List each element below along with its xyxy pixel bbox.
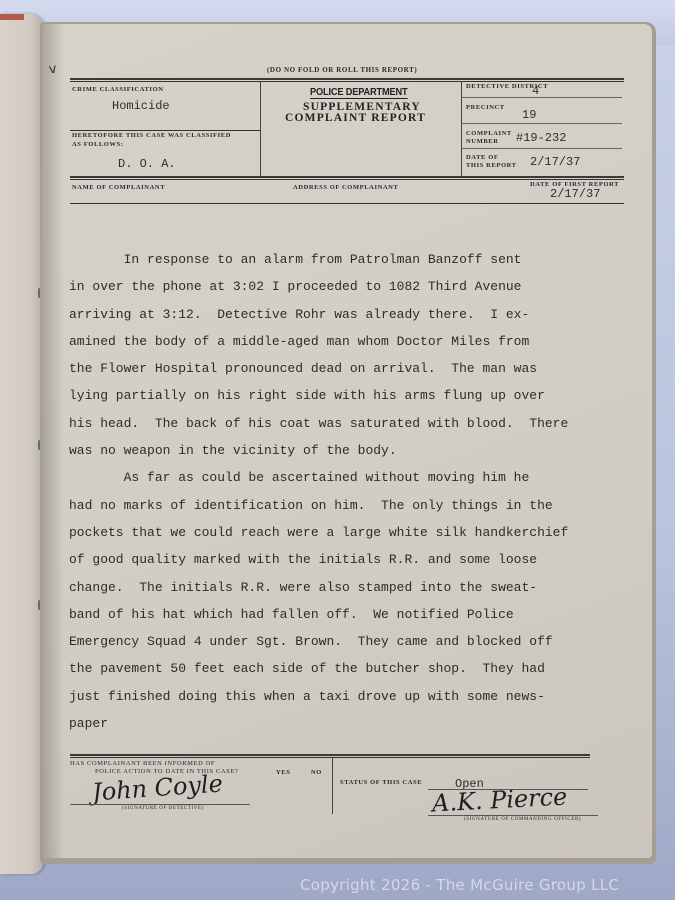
officer-signature-line bbox=[428, 815, 598, 816]
case-status-label: STATUS OF THIS CASE bbox=[340, 779, 422, 786]
header-mid-rule-2 bbox=[70, 179, 624, 180]
header-mid-rule bbox=[70, 176, 624, 178]
first-report-date-value: 2/17/37 bbox=[550, 187, 600, 201]
complainant-address-label: ADDRESS OF COMPLAINANT bbox=[293, 184, 398, 191]
narrative-line: just finished doing this when a taxi dro… bbox=[69, 683, 609, 710]
narrative-line: lying partially on his right side with h… bbox=[69, 382, 609, 409]
footer-top-rule bbox=[70, 754, 590, 756]
narrative-line: paper bbox=[69, 710, 609, 737]
detective-signature-line bbox=[70, 804, 250, 805]
narrative-line: his head. The back of his coat was satur… bbox=[69, 410, 609, 437]
narrative-line: the pavement 50 feet each side of the bu… bbox=[69, 655, 609, 682]
heretofore-label-2: AS FOLLOWS: bbox=[72, 141, 124, 148]
narrative-line: had no marks of identification on him. T… bbox=[69, 492, 609, 519]
date-of-report-label-1: DATE OF bbox=[466, 154, 498, 161]
header-top-rule bbox=[70, 78, 624, 80]
date-of-report-value: 2/17/37 bbox=[530, 155, 580, 169]
precinct-divider bbox=[462, 123, 622, 124]
crime-divider bbox=[70, 130, 260, 131]
officer-signature-label: (SIGNATURE OF COMMANDING OFFICER) bbox=[464, 817, 581, 822]
complaint-number-label-1: COMPLAINT bbox=[466, 130, 512, 137]
narrative-line: in over the phone at 3:02 I proceeded to… bbox=[69, 273, 609, 300]
narrative-line: In response to an alarm from Patrolman B… bbox=[69, 246, 609, 273]
detective-district-value: 4 bbox=[532, 84, 539, 98]
fold-notice: (DO NO FOLD OR ROLL THIS REPORT) bbox=[267, 66, 417, 74]
report-narrative: In response to an alarm from Patrolman B… bbox=[69, 246, 609, 737]
complaint-number-value: #19-232 bbox=[516, 131, 566, 145]
yes-option: YES bbox=[276, 769, 290, 776]
narrative-line: band of his hat which had fallen off. We… bbox=[69, 601, 609, 628]
left-page-edge bbox=[0, 14, 43, 874]
department-name: POLICE DEPARTMENT bbox=[310, 86, 407, 99]
narrative-line: amined the body of a middle-aged man who… bbox=[69, 328, 609, 355]
header-vdivider-1 bbox=[260, 82, 261, 177]
heretofore-value: D. O. A. bbox=[118, 157, 176, 171]
informed-question-1: HAS COMPLAINANT BEEN INFORMED OF bbox=[70, 760, 215, 767]
date-of-report-label-2: THIS REPORT bbox=[466, 162, 517, 169]
heretofore-label-1: HERETOFORE THIS CASE WAS CLASSIFIED bbox=[72, 132, 231, 139]
detective-signature-label: (SIGNATURE OF DETECTIVE) bbox=[122, 806, 204, 811]
narrative-line: Emergency Squad 4 under Sgt. Brown. They… bbox=[69, 628, 609, 655]
narrative-line: was no weapon in the vicinity of the bod… bbox=[69, 437, 609, 464]
complaint-divider bbox=[462, 148, 622, 149]
narrative-line: change. The initials R.R. were also stam… bbox=[69, 574, 609, 601]
narrative-line: pockets that we could reach were a large… bbox=[69, 519, 609, 546]
report-title-line-2: COMPLAINT REPORT bbox=[285, 112, 426, 124]
gutter-shadow bbox=[42, 24, 64, 858]
narrative-line: the Flower Hospital pronounced dead on a… bbox=[69, 355, 609, 382]
complainant-name-label: NAME OF COMPLAINANT bbox=[72, 184, 165, 191]
no-option: NO bbox=[311, 769, 322, 776]
complaint-number-label-2: NUMBER bbox=[466, 138, 499, 145]
crime-classification-value: Homicide bbox=[112, 99, 170, 113]
district-divider bbox=[462, 97, 622, 98]
footer-top-rule-2 bbox=[70, 757, 590, 758]
header-bottom-rule bbox=[70, 203, 624, 204]
header-top-rule-2 bbox=[70, 81, 624, 82]
red-cover-edge bbox=[0, 14, 24, 20]
precinct-value: 19 bbox=[522, 108, 536, 122]
copyright-watermark: Copyright 2026 - The McGuire Group LLC bbox=[300, 876, 619, 894]
precinct-label: PRECINCT bbox=[466, 104, 505, 111]
crime-classification-label: CRIME CLASSIFICATION bbox=[72, 86, 164, 93]
narrative-line: As far as could be ascertained without m… bbox=[69, 464, 609, 491]
footer-vdivider bbox=[332, 758, 333, 814]
narrative-line: of good quality marked with the initials… bbox=[69, 546, 609, 573]
narrative-line: arriving at 3:12. Detective Rohr was alr… bbox=[69, 301, 609, 328]
